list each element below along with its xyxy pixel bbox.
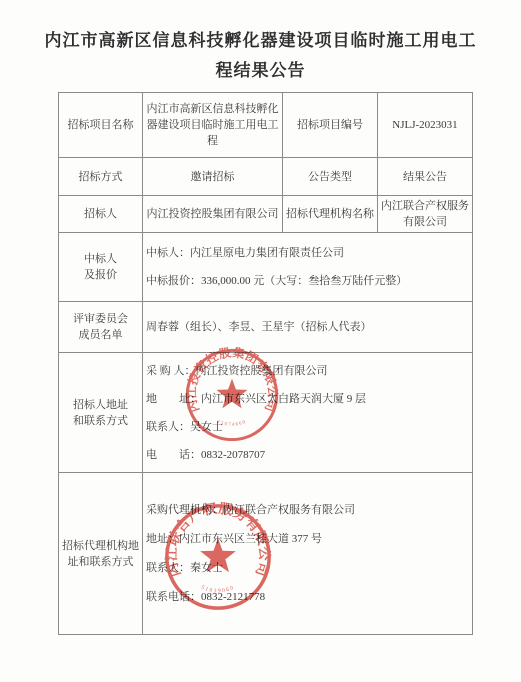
agency-address-line: 地址：内江市东兴区兰桂大道 377 号 [146,525,469,554]
tenderer-contact-label-line2: 和联系方式 [62,413,139,429]
table-row: 招标项目名称 内江市高新区信息科技孵化器建设项目临时施工用电工程 招标项目编号 … [59,93,473,158]
table-row: 中标人 及报价 中标人：内江星原电力集团有限责任公司 中标报价：336,000.… [59,233,473,302]
tenderer-value: 内江投资控股集团有限公司 [143,196,283,233]
document-title: 内江市高新区信息科技孵化器建设项目临时施工用电工 程结果公告 [0,26,521,86]
table-row: 评审委员会 成员名单 周春蓉（组长）、李昱、王星宇（招标人代表） [59,302,473,353]
scanned-document-page: 内江市高新区信息科技孵化器建设项目临时施工用电工 程结果公告 招标项目名称 内江… [0,0,521,682]
tenderer-address-line: 地 址：内江市东兴区太白路天润大厦 9 层 [146,385,469,413]
title-line-2: 程结果公告 [0,56,521,86]
tenderer-contact-label-line1: 招标人地址 [62,397,139,413]
winner-label-line2: 及报价 [62,267,139,283]
committee-label-line2: 成员名单 [62,327,139,343]
agency-line: 采购代理机构：内江联合产权服务有限公司 [146,496,469,525]
agency-contact-line: 联系人：秦女士 [146,554,469,583]
tenderer-contact-line: 联系人：吴女士 [146,413,469,441]
winner-label: 中标人 及报价 [59,233,143,302]
table-row: 招标方式 邀请招标 公告类型 结果公告 [59,158,473,196]
table-row: 招标人 内江投资控股集团有限公司 招标代理机构名称 内江联合产权服务有限公司 [59,196,473,233]
purchaser-line: 采 购 人：内江投资控股集团有限公司 [146,357,469,385]
bidding-method-value: 邀请招标 [143,158,283,196]
tenderer-contact-info: 采 购 人：内江投资控股集团有限公司 地 址：内江市东兴区太白路天润大厦 9 层… [143,353,473,473]
table-row: 招标人地址 和联系方式 采 购 人：内江投资控股集团有限公司 地 址：内江市东兴… [59,353,473,473]
winner-price-line: 中标报价：336,000.00 元（大写：叁拾叁万陆仟元整） [146,267,469,295]
project-name-label: 招标项目名称 [59,93,143,158]
tenderer-phone-line: 电 话：0832-2078707 [146,441,469,469]
title-line-1: 内江市高新区信息科技孵化器建设项目临时施工用电工 [0,26,521,56]
committee-label: 评审委员会 成员名单 [59,302,143,353]
project-number-label: 招标项目编号 [283,93,378,158]
project-name-value: 内江市高新区信息科技孵化器建设项目临时施工用电工程 [143,93,283,158]
table-row: 招标代理机构地 址和联系方式 采购代理机构：内江联合产权服务有限公司 地址：内江… [59,473,473,635]
winner-label-line1: 中标人 [62,251,139,267]
agency-contact-info: 采购代理机构：内江联合产权服务有限公司 地址：内江市东兴区兰桂大道 377 号 … [143,473,473,635]
bidding-method-label: 招标方式 [59,158,143,196]
announcement-type-value: 结果公告 [378,158,473,196]
agency-name-label: 招标代理机构名称 [283,196,378,233]
committee-members: 周春蓉（组长）、李昱、王星宇（招标人代表） [143,302,473,353]
winner-name-line: 中标人：内江星原电力集团有限责任公司 [146,239,469,267]
agency-contact-label-line1: 招标代理机构地 [62,538,139,554]
winner-value: 中标人：内江星原电力集团有限责任公司 中标报价：336,000.00 元（大写：… [143,233,473,302]
project-number-value: NJLJ-2023031 [378,93,473,158]
committee-label-line1: 评审委员会 [62,311,139,327]
announcement-table: 招标项目名称 内江市高新区信息科技孵化器建设项目临时施工用电工程 招标项目编号 … [58,92,473,635]
tenderer-contact-label: 招标人地址 和联系方式 [59,353,143,473]
announcement-type-label: 公告类型 [283,158,378,196]
agency-contact-label-line2: 址和联系方式 [62,554,139,570]
agency-name-value: 内江联合产权服务有限公司 [378,196,473,233]
agency-phone-line: 联系电话：0832-2121778 [146,583,469,612]
tenderer-label: 招标人 [59,196,143,233]
agency-contact-label: 招标代理机构地 址和联系方式 [59,473,143,635]
